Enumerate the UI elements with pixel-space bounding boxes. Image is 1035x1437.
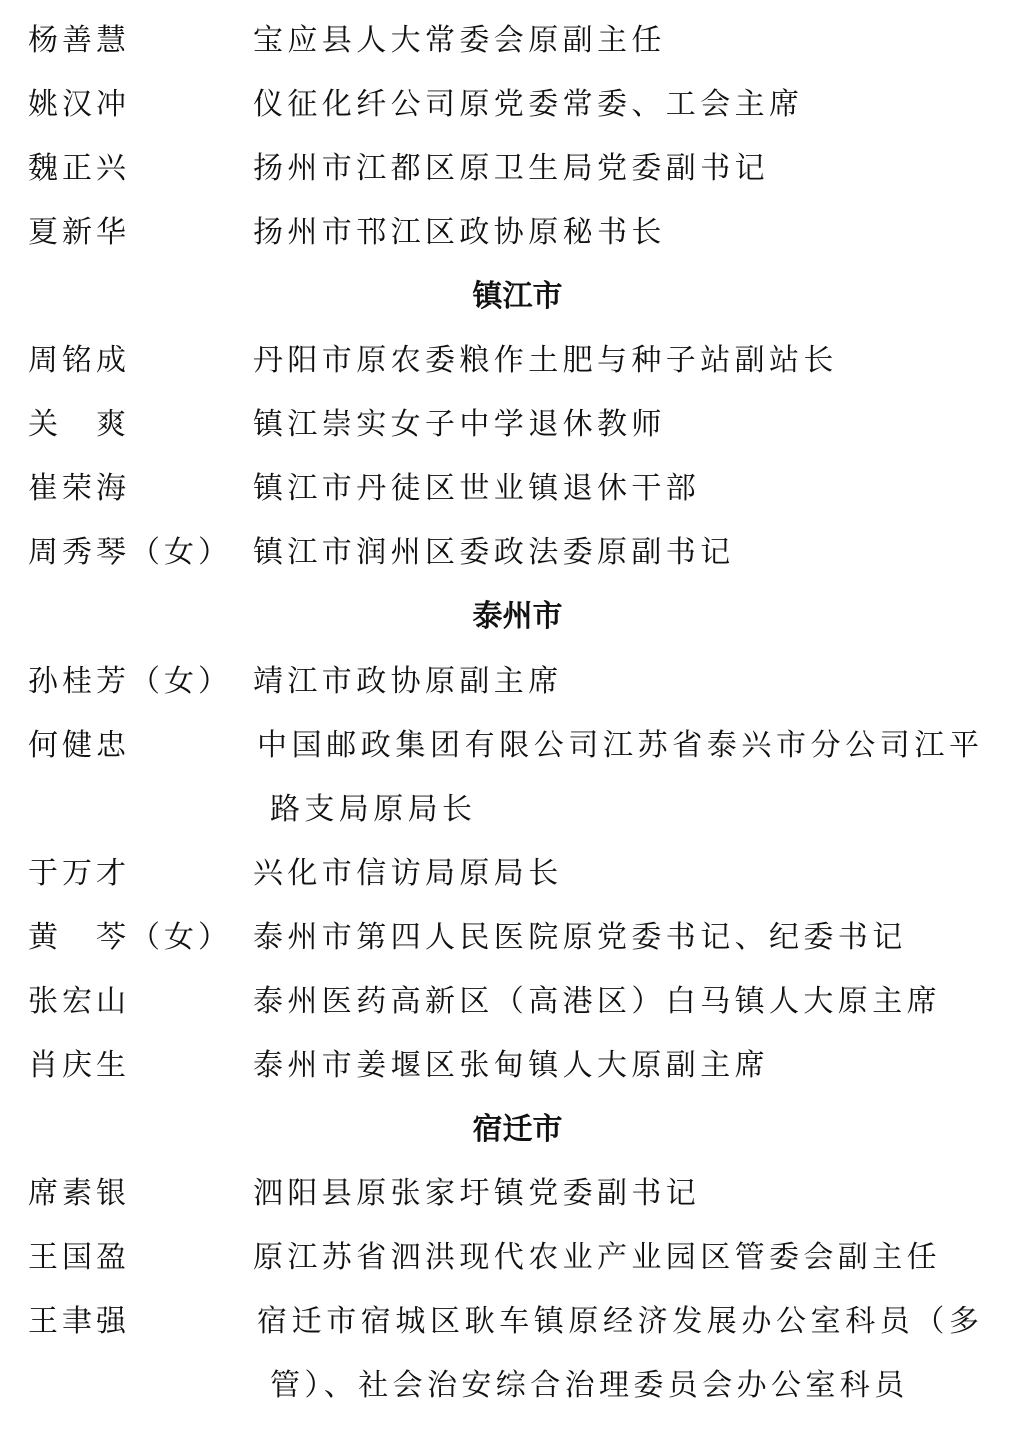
list-item: 肖庆生 泰州市姜堰区张甸镇人大原副主席 <box>0 1034 1035 1098</box>
section-heading: 宿迁市 <box>0 1098 1035 1162</box>
person-title: 原江苏省泗洪现代农业产业园区管委会副主任 <box>253 1226 941 1290</box>
list-item: 何健忠 中国邮政集团有限公司江苏省泰兴市分公司江平 <box>0 714 1035 778</box>
list-item-continuation: 路支局原局长 <box>0 778 1035 842</box>
person-name: 席素银 <box>28 1162 130 1226</box>
person-title: 镇江崇实女子中学退休教师 <box>253 393 666 457</box>
person-title: 扬州市邗江区政协原秘书长 <box>253 201 666 265</box>
list-item-continuation: 管）、社会治安综合治理委员会办公室科员 <box>0 1354 1035 1418</box>
list-item: 席素银 泗阳县原张家圩镇党委副书记 <box>0 1162 1035 1226</box>
section-heading: 镇江市 <box>0 265 1035 329</box>
person-title: 镇江市润州区委政法委原副书记 <box>253 521 735 585</box>
person-name: 黄 芩（女） <box>28 906 232 970</box>
person-title: 宝应县人大常委会原副主任 <box>253 9 666 73</box>
person-title: 扬州市江都区原卫生局党委副书记 <box>253 137 769 201</box>
person-title: 丹阳市原农委粮作土肥与种子站副站长 <box>253 329 838 393</box>
person-name: 崔荣海 <box>28 457 130 521</box>
person-name: 王国盈 <box>28 1226 130 1290</box>
list-item: 王国盈 原江苏省泗洪现代农业产业园区管委会副主任 <box>0 1226 1035 1290</box>
person-name: 魏正兴 <box>28 137 130 201</box>
list-item: 崔荣海 镇江市丹徒区世业镇退休干部 <box>0 457 1035 521</box>
person-title: 泗阳县原张家圩镇党委副书记 <box>253 1162 700 1226</box>
person-name: 于万才 <box>28 842 130 906</box>
list-item: 杨善慧 宝应县人大常委会原副主任 <box>0 9 1035 73</box>
list-item: 黄 芩（女） 泰州市第四人民医院原党委书记、纪委书记 <box>0 906 1035 970</box>
person-name: 肖庆生 <box>28 1034 130 1098</box>
person-title: 泰州医药高新区（高港区）白马镇人大原主席 <box>253 970 941 1034</box>
person-title: 仪征化纤公司原党委常委、工会主席 <box>253 73 803 137</box>
person-title: 镇江市丹徒区世业镇退休干部 <box>253 457 700 521</box>
person-name: 关 爽 <box>28 393 130 457</box>
person-name: 何健忠 <box>28 714 130 778</box>
list-item: 关 爽 镇江崇实女子中学退休教师 <box>0 393 1035 457</box>
person-title: 泰州市姜堰区张甸镇人大原副主席 <box>253 1034 769 1098</box>
person-title: 靖江市政协原副主席 <box>253 650 563 714</box>
person-name: 姚汉冲 <box>28 73 130 137</box>
person-name: 王聿强 <box>28 1290 130 1354</box>
person-name: 张宏山 <box>28 970 130 1034</box>
person-title-continued: 路支局原局长 <box>270 778 476 842</box>
list-item: 于万才 兴化市信访局原局长 <box>0 842 1035 906</box>
person-name: 杨善慧 <box>28 9 130 73</box>
person-name: 周铭成 <box>28 329 130 393</box>
person-title: 宿迁市宿城区耿车镇原经济发展办公室科员（多 <box>257 1290 984 1354</box>
person-name: 孙桂芳（女） <box>28 650 232 714</box>
person-title: 中国邮政集团有限公司江苏省泰兴市分公司江平 <box>257 714 984 778</box>
list-item: 周铭成 丹阳市原农委粮作土肥与种子站副站长 <box>0 329 1035 393</box>
person-title-continued: 管）、社会治安综合治理委员会办公室科员 <box>270 1354 909 1418</box>
list-item: 孙桂芳（女） 靖江市政协原副主席 <box>0 650 1035 714</box>
person-title: 泰州市第四人民医院原党委书记、纪委书记 <box>253 906 907 970</box>
list-item: 王聿强 宿迁市宿城区耿车镇原经济发展办公室科员（多 <box>0 1290 1035 1354</box>
list-item: 魏正兴 扬州市江都区原卫生局党委副书记 <box>0 137 1035 201</box>
person-name: 夏新华 <box>28 201 130 265</box>
list-item: 姚汉冲 仪征化纤公司原党委常委、工会主席 <box>0 73 1035 137</box>
section-heading: 泰州市 <box>0 585 1035 649</box>
person-name: 周秀琴（女） <box>28 521 232 585</box>
list-item: 张宏山 泰州医药高新区（高港区）白马镇人大原主席 <box>0 970 1035 1034</box>
person-title: 兴化市信访局原局长 <box>253 842 563 906</box>
list-item: 周秀琴（女） 镇江市润州区委政法委原副书记 <box>0 521 1035 585</box>
list-item: 夏新华 扬州市邗江区政协原秘书长 <box>0 201 1035 265</box>
